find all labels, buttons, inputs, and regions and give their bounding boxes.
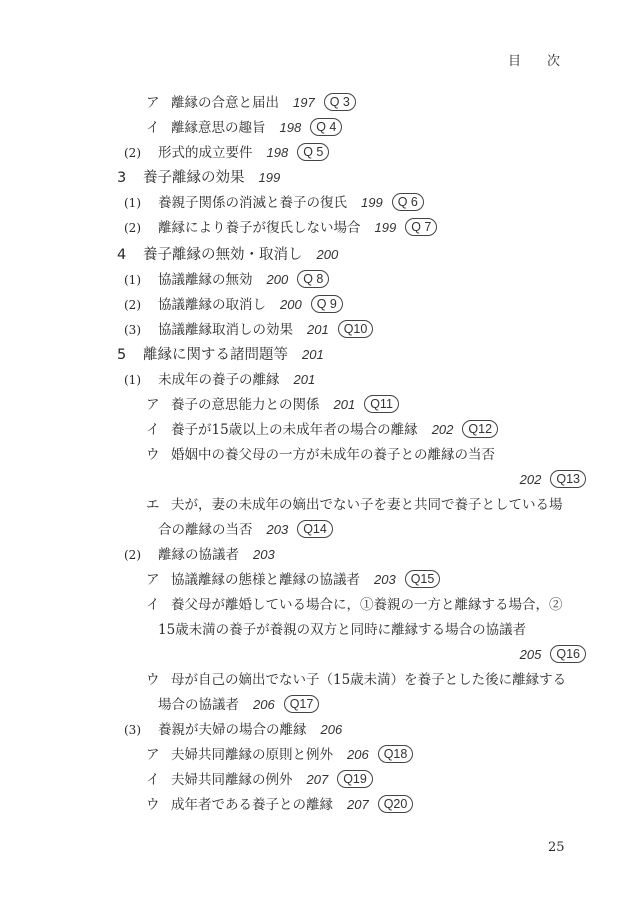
toc-entry-ref: 202Q13	[506, 472, 586, 488]
toc-page-number: 203	[374, 572, 396, 587]
toc-entry-text-group: 場合の協議者206Q17	[158, 693, 319, 717]
toc-entry-text-group: 養子離縁の効果199	[143, 166, 280, 190]
toc-entry-text-group: 養親が夫婦の場合の離縁206	[158, 718, 342, 742]
toc-entry-text-group: 離縁意思の趣旨198Q 4	[171, 116, 342, 140]
toc-page-number: 206	[347, 747, 369, 762]
question-badge[interactable]: Q 7	[405, 218, 437, 236]
toc-entry-text-group: 形式的成立要件198Q 5	[158, 141, 329, 165]
toc-entry-text-group: 夫が，妻の未成年の嫡出でない子を妻と共同で養子としている場	[171, 493, 563, 517]
toc-entry-title: 離縁により養子が復氏しない場合	[158, 220, 361, 236]
toc-entry[interactable]: 205Q16	[506, 643, 586, 667]
toc-entry-text-group: 夫婦共同離縁の例外207Q19	[171, 768, 373, 792]
toc-entry-text-group: 養父母が離婚している場合に，①養親の一方と離縁する場合，②	[171, 593, 563, 617]
toc-entry-label: ア	[146, 568, 160, 592]
running-head-char: 目	[508, 50, 521, 69]
toc-entry-label: (1)	[124, 191, 141, 215]
toc-entry-title: 未成年の養子の離縁	[158, 372, 280, 388]
toc-entry-label: エ	[146, 493, 160, 517]
toc-page-number: 200	[317, 247, 339, 262]
toc-entry-text-group: 成年者である養子との離縁207Q20	[171, 793, 413, 817]
toc-entry-label: (2)	[124, 543, 141, 567]
toc-entry-label: イ	[146, 768, 160, 792]
question-badge[interactable]: Q 6	[392, 193, 424, 211]
toc-page-number: 205	[520, 647, 542, 662]
question-badge[interactable]: Q10	[338, 320, 374, 338]
toc-page-number: 207	[307, 772, 329, 787]
toc-entry-label: (3)	[124, 318, 141, 342]
toc-page-number: 203	[253, 547, 275, 562]
question-badge[interactable]: Q15	[405, 570, 441, 588]
toc-entry-text-group: 協議離縁の態様と離縁の協議者203Q15	[171, 568, 440, 592]
toc-entry-text-group: 離縁に関する諸問題等201	[143, 343, 324, 367]
toc-page-number: 206	[321, 722, 343, 737]
question-badge[interactable]: Q 8	[297, 270, 329, 288]
toc-entry-text-group: 養子離縁の無効・取消し200	[143, 243, 338, 267]
question-badge[interactable]: Q 9	[311, 295, 343, 313]
toc-entry-title: 夫が，妻の未成年の嫡出でない子を妻と共同で養子としている場	[171, 497, 563, 513]
toc-entry-label: イ	[146, 593, 160, 617]
running-head-char: 次	[547, 50, 560, 69]
toc-entry-title: 母が自己の嫡出でない子（15歳未満）を養子とした後に離縁する	[171, 672, 566, 688]
toc-entry-title: 夫婦共同離縁の原則と例外	[171, 747, 333, 763]
toc-page-number: 198	[280, 120, 302, 135]
running-head: 目次	[508, 50, 560, 69]
toc-entry-label: (2)	[124, 216, 141, 240]
toc-entry-text-group: 離縁の協議者203	[158, 543, 275, 567]
toc-entry-text-group: 協議離縁の無効200Q 8	[158, 268, 329, 292]
toc-entry-label: (1)	[124, 268, 141, 292]
question-badge[interactable]: Q13	[550, 470, 586, 488]
toc-page-number: 202	[520, 472, 542, 487]
toc-entry-title: 協議離縁取消しの効果	[158, 322, 293, 338]
toc-entry-title: 離縁に関する諸問題等	[143, 347, 288, 363]
toc-entry-title: 協議離縁の態様と離縁の協議者	[171, 572, 360, 588]
toc-page-number: 200	[267, 272, 289, 287]
question-badge[interactable]: Q12	[462, 420, 498, 438]
toc-page-number: 201	[334, 397, 356, 412]
question-badge[interactable]: Q 4	[310, 118, 342, 136]
toc-entry-text-group: 養子が15歳以上の未成年者の場合の離縁202Q12	[171, 418, 498, 442]
toc-entry-title: 15歳未満の養子が養親の双方と同時に離縁する場合の協議者	[158, 622, 526, 638]
toc-page-number: 201	[302, 347, 324, 362]
toc-entry-text-group: 婚姻中の養父母の一方が未成年の養子との離縁の当否	[171, 443, 495, 467]
toc-entry-text-group: 協議離縁の取消し200Q 9	[158, 293, 343, 317]
toc-entry-label: ア	[146, 743, 160, 767]
toc-entry-label: ウ	[146, 668, 160, 692]
toc-entry-title: 協議離縁の取消し	[158, 297, 266, 313]
question-badge[interactable]: Q19	[337, 770, 373, 788]
toc-entry-text-group: 未成年の養子の離縁201	[158, 368, 315, 392]
toc-entry-label: 4	[117, 243, 126, 267]
toc-entry-title: 離縁意思の趣旨	[171, 120, 266, 136]
toc-page-number: 199	[361, 195, 383, 210]
toc-entry-label: イ	[146, 418, 160, 442]
toc-entry-title: 養子の意思能力との関係	[171, 397, 320, 413]
toc-entry-text-group: 離縁の合意と届出197Q 3	[171, 91, 356, 115]
toc-entry-text-group: 夫婦共同離縁の原則と例外206Q18	[171, 743, 413, 767]
toc-entry-ref: 205Q16	[506, 647, 586, 663]
toc-entry-label: 5	[117, 343, 126, 367]
toc-page-number: 203	[267, 522, 289, 537]
toc-page-number: 201	[294, 372, 316, 387]
toc-entry-label: (1)	[124, 368, 141, 392]
toc-entry-title: 養親子関係の消滅と養子の復氏	[158, 195, 347, 211]
question-badge[interactable]: Q 5	[297, 143, 329, 161]
toc-page-number: 198	[267, 145, 289, 160]
question-badge[interactable]: Q17	[284, 695, 320, 713]
toc-entry-title: 離縁の合意と届出	[171, 95, 279, 111]
question-badge[interactable]: Q 3	[324, 93, 356, 111]
toc-entry-title: 合の離縁の当否	[158, 522, 253, 538]
toc-page-number: 201	[307, 322, 329, 337]
toc-page-number: 199	[375, 220, 397, 235]
toc-entry-title: 養子離縁の無効・取消し	[143, 247, 303, 263]
question-badge[interactable]: Q18	[378, 745, 414, 763]
toc-entry-label: 3	[117, 166, 126, 190]
toc-entry-title: 婚姻中の養父母の一方が未成年の養子との離縁の当否	[171, 447, 495, 463]
toc-entry-title: 養親が夫婦の場合の離縁	[158, 722, 307, 738]
page-number: 25	[548, 840, 565, 855]
toc-entry-title: 協議離縁の無効	[158, 272, 253, 288]
toc-entry-text-group: 母が自己の嫡出でない子（15歳未満）を養子とした後に離縁する	[171, 668, 566, 692]
toc-entry-label: (2)	[124, 141, 141, 165]
question-badge[interactable]: Q11	[364, 395, 399, 413]
toc-entry-label: ウ	[146, 793, 160, 817]
question-badge[interactable]: Q16	[550, 645, 586, 663]
toc-entry-label: ウ	[146, 443, 160, 467]
toc-entry-title: 離縁の協議者	[158, 547, 239, 563]
toc-page-number: 197	[293, 95, 315, 110]
toc-page-number: 202	[432, 422, 454, 437]
toc-entry-text-group: 15歳未満の養子が養親の双方と同時に離縁する場合の協議者	[158, 618, 526, 642]
toc-entry-text-group: 協議離縁取消しの効果201Q10	[158, 318, 373, 342]
toc-entry-text-group: 養子の意思能力との関係201Q11	[171, 393, 399, 417]
toc-entry-text-group: 合の離縁の当否203Q14	[158, 518, 333, 542]
toc-entry-label: ア	[146, 91, 160, 115]
toc-entry-label: (2)	[124, 293, 141, 317]
toc-entry-text-group: 離縁により養子が復氏しない場合199Q 7	[158, 216, 437, 240]
toc-entry-title: 成年者である養子との離縁	[171, 797, 333, 813]
toc-page-number: 200	[280, 297, 302, 312]
question-badge[interactable]: Q14	[297, 520, 333, 538]
toc-entry-title: 養父母が離婚している場合に，①養親の一方と離縁する場合，②	[171, 597, 563, 613]
toc-entry-title: 形式的成立要件	[158, 145, 253, 161]
toc-entry-title: 場合の協議者	[158, 697, 239, 713]
toc-entry-title: 夫婦共同離縁の例外	[171, 772, 293, 788]
toc-entry-text-group: 養親子関係の消滅と養子の復氏199Q 6	[158, 191, 424, 215]
toc-entry-label: (3)	[124, 718, 141, 742]
toc-entry[interactable]: 202Q13	[506, 468, 586, 492]
question-badge[interactable]: Q20	[378, 795, 414, 813]
toc-page-number: 199	[259, 170, 281, 185]
toc-page-number: 207	[347, 797, 369, 812]
toc-entry-label: ア	[146, 393, 160, 417]
toc-entry-title: 養子が15歳以上の未成年者の場合の離縁	[171, 422, 418, 438]
toc-page-number: 206	[253, 697, 275, 712]
toc-entry-label: イ	[146, 116, 160, 140]
toc-entry-title: 養子離縁の効果	[143, 170, 245, 186]
